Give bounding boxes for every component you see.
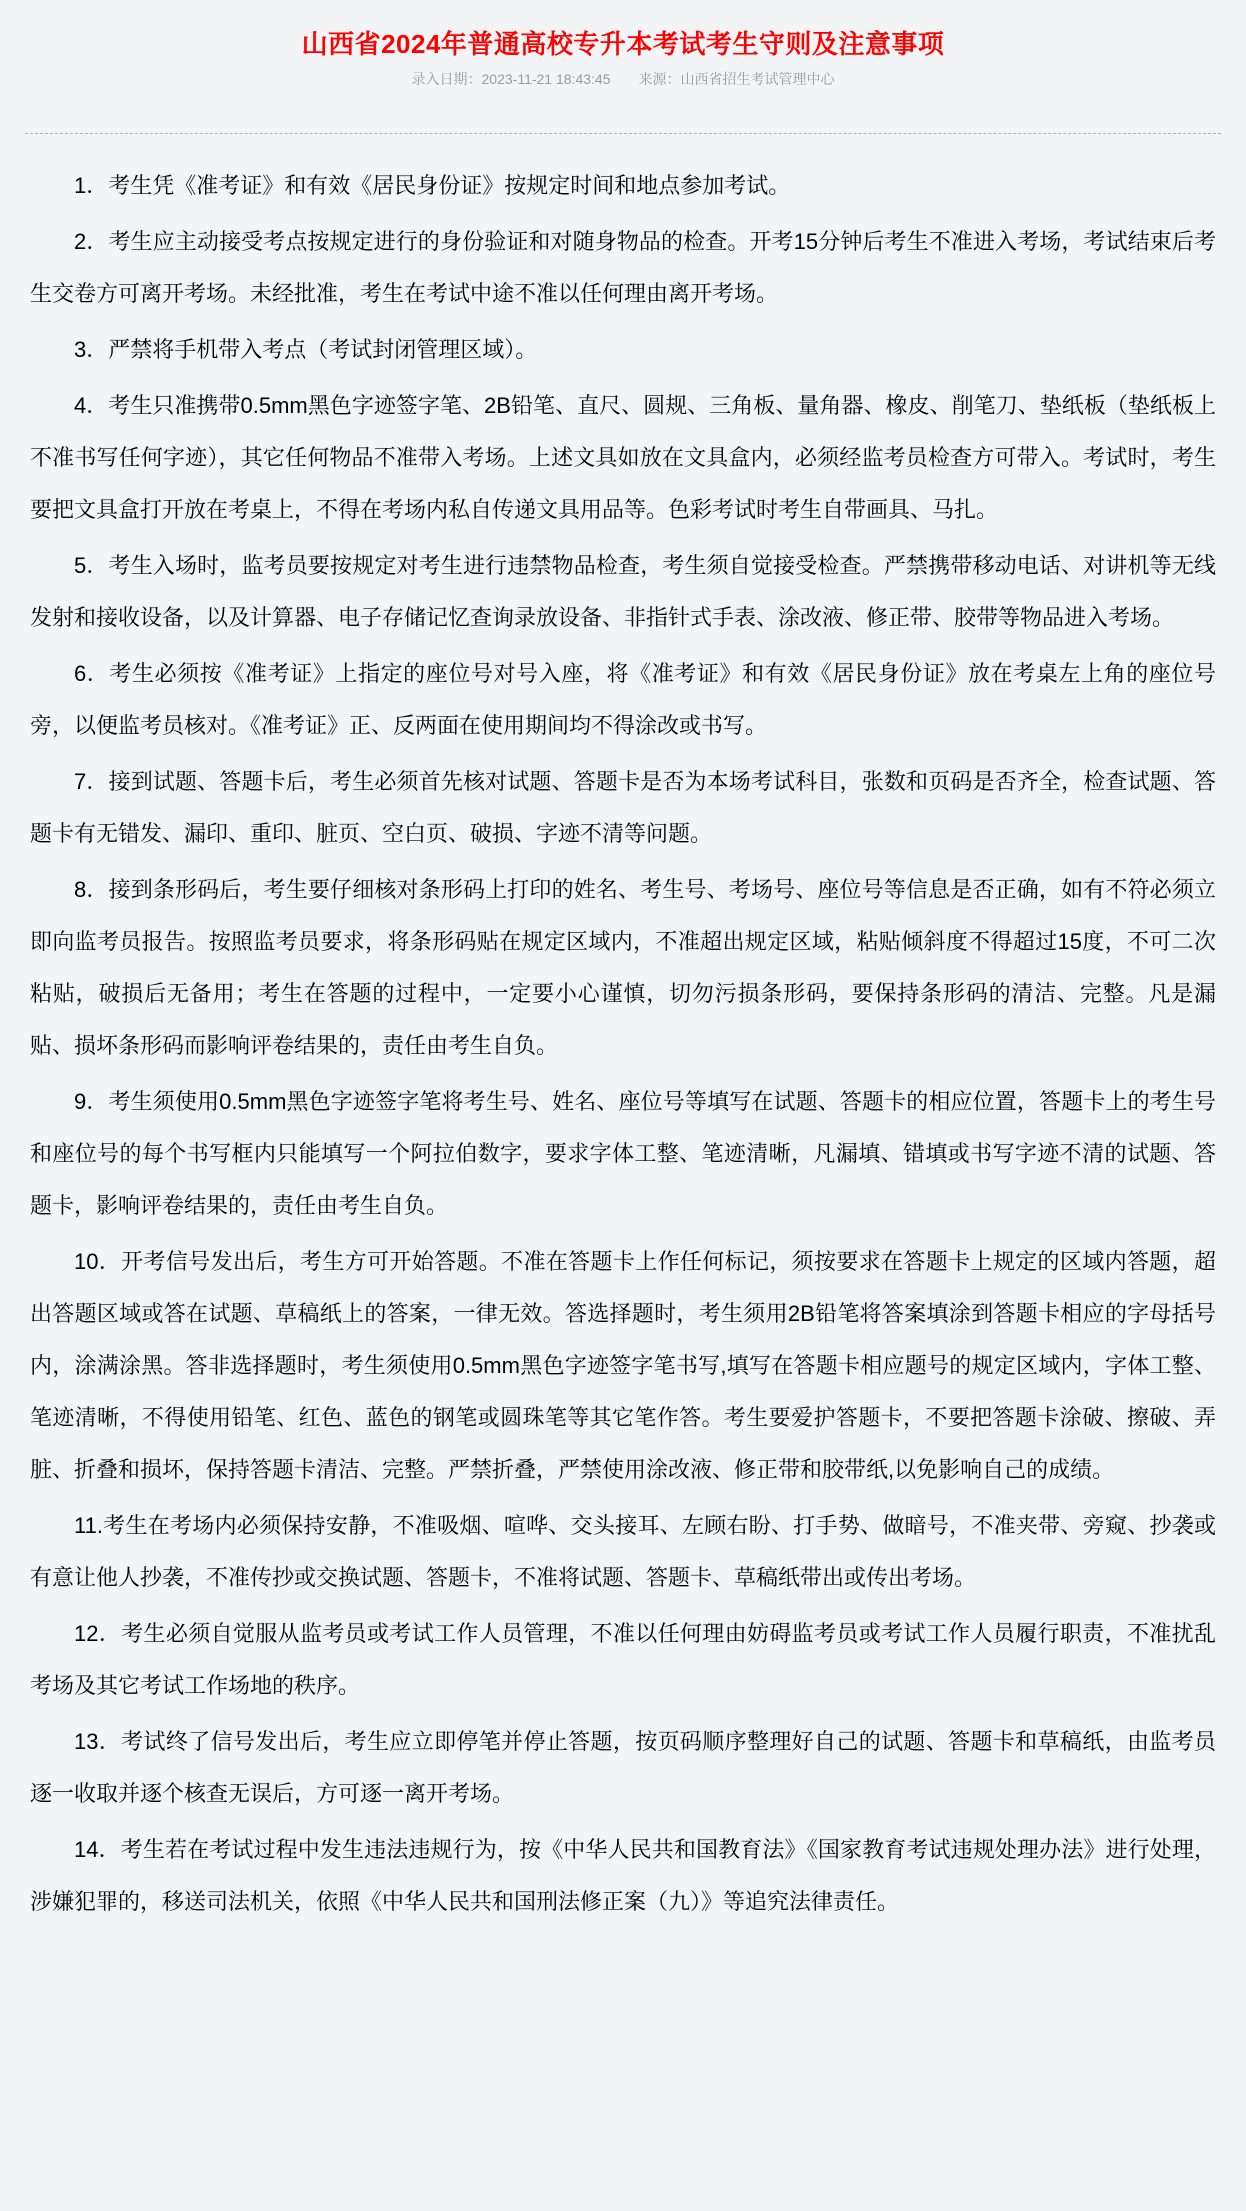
article-page: 山西省2024年普通高校专升本考试考生守则及注意事项 录入日期：2023-11-… bbox=[0, 0, 1246, 2211]
rule-paragraph-4: 4．考生只准携带0.5mm黑色字迹签字笔、2B铅笔、直尺、圆规、三角板、量角器、… bbox=[30, 380, 1216, 536]
rule-paragraph-7: 7．接到试题、答题卡后，考生必须首先核对试题、答题卡是否为本场考试科目，张数和页… bbox=[30, 756, 1216, 860]
source-label: 来源： bbox=[638, 71, 680, 87]
rule-paragraph-6: 6．考生必须按《准考证》上指定的座位号对号入座，将《准考证》和有效《居民身份证》… bbox=[30, 648, 1216, 752]
rule-paragraph-13: 13．考试终了信号发出后，考生应立即停笔并停止答题，按页码顺序整理好自己的试题、… bbox=[30, 1716, 1216, 1820]
article-body: 1．考生凭《准考证》和有效《居民身份证》按规定时间和地点参加考试。 2．考生应主… bbox=[0, 134, 1246, 1928]
rule-paragraph-8: 8．接到条形码后，考生要仔细核对条形码上打印的姓名、考生号、考场号、座位号等信息… bbox=[30, 864, 1216, 1072]
rule-paragraph-1: 1．考生凭《准考证》和有效《居民身份证》按规定时间和地点参加考试。 bbox=[30, 160, 1216, 212]
rule-paragraph-14: 14．考生若在考试过程中发生违法违规行为，按《中华人民共和国教育法》《国家教育考… bbox=[30, 1824, 1216, 1928]
rule-paragraph-10: 10．开考信号发出后，考生方可开始答题。不准在答题卡上作任何标记，须按要求在答题… bbox=[30, 1236, 1216, 1496]
article-meta: 录入日期：2023-11-21 18:43:45来源：山西省招生考试管理中心 bbox=[0, 71, 1246, 87]
page-title: 山西省2024年普通高校专升本考试考生守则及注意事项 bbox=[0, 0, 1246, 58]
source-value: 山西省招生考试管理中心 bbox=[680, 71, 834, 87]
rule-paragraph-2: 2．考生应主动接受考点按规定进行的身份验证和对随身物品的检查。开考15分钟后考生… bbox=[30, 216, 1216, 320]
rule-paragraph-12: 12．考生必须自觉服从监考员或考试工作人员管理，不准以任何理由妨碍监考员或考试工… bbox=[30, 1608, 1216, 1712]
rule-paragraph-3: 3．严禁将手机带入考点（考试封闭管理区域）。 bbox=[30, 324, 1216, 376]
rule-paragraph-5: 5．考生入场时，监考员要按规定对考生进行违禁物品检查，考生须自觉接受检查。严禁携… bbox=[30, 540, 1216, 644]
entry-date-label: 录入日期： bbox=[412, 71, 482, 87]
rule-paragraph-11: 11.考生在考场内必须保持安静，不准吸烟、喧哗、交头接耳、左顾右盼、打手势、做暗… bbox=[30, 1500, 1216, 1604]
entry-date-value: 2023-11-21 18:43:45 bbox=[482, 71, 611, 87]
rule-paragraph-9: 9．考生须使用0.5mm黑色字迹签字笔将考生号、姓名、座位号等填写在试题、答题卡… bbox=[30, 1076, 1216, 1232]
